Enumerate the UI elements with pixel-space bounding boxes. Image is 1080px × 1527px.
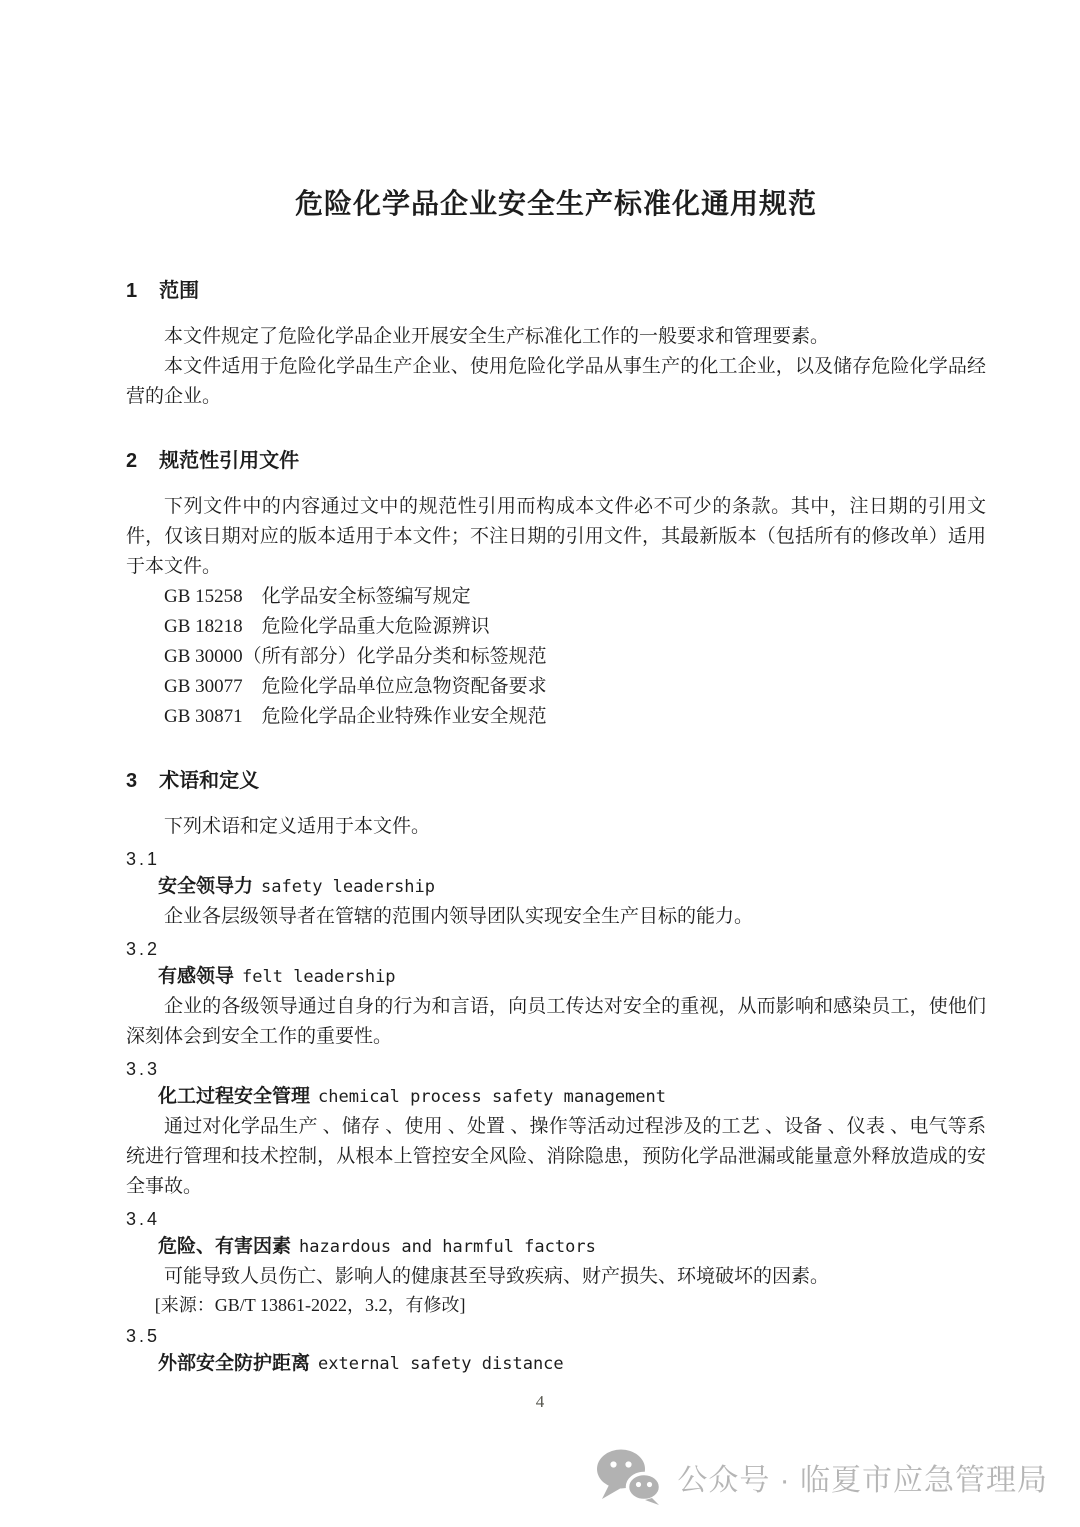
- watermark: 公众号 · 临夏市应急管理局: [595, 1448, 1048, 1505]
- term-en: felt leadership: [242, 967, 396, 987]
- clause-number: 3.4: [126, 1206, 986, 1232]
- term-definition: 可能导致人员伤亡、影响人的健康甚至导致疾病、财产损失、环境破坏的因素。: [126, 1262, 986, 1292]
- section-number: 1: [126, 280, 137, 302]
- wechat-icon: [595, 1448, 663, 1505]
- section-heading: 3术语和定义: [126, 768, 986, 794]
- term-block: 3.3 化工过程安全管理chemical process safety mana…: [126, 1056, 986, 1202]
- section-heading: 2规范性引用文件: [126, 448, 986, 474]
- section-terms-definitions: 3术语和定义 下列术语和定义适用于本文件。 3.1 安全领导力safety le…: [126, 768, 986, 1378]
- term-zh: 化工过程安全管理: [158, 1086, 310, 1107]
- section-heading: 1范围: [126, 278, 986, 304]
- paragraph: 下列文件中的内容通过文中的规范性引用而构成本文件必不可少的条款。其中，注日期的引…: [126, 492, 986, 582]
- section-number: 2: [126, 450, 137, 472]
- term-en: chemical process safety management: [318, 1087, 666, 1107]
- term-zh: 危险、有害因素: [158, 1236, 291, 1257]
- term-heading: 有感领导felt leadership: [126, 963, 986, 991]
- source-note: [来源：GB/T 13861-2022，3.2，有修改]: [126, 1292, 986, 1319]
- reference-item: GB 30000（所有部分）化学品分类和标签规范: [126, 642, 986, 672]
- reference-list: GB 15258 化学品安全标签编写规定 GB 18218 危险化学品重大危险源…: [126, 582, 986, 732]
- term-definition: 企业的各级领导通过自身的行为和言语，向员工传达对安全的重视，从而影响和感染员工，…: [126, 992, 986, 1052]
- clause-number: 3.1: [126, 846, 986, 872]
- section-heading-label: 规范性引用文件: [159, 450, 299, 472]
- reference-item: GB 30871 危险化学品企业特殊作业安全规范: [126, 702, 986, 732]
- term-definition: 企业各层级领导者在管辖的范围内领导团队实现安全生产目标的能力。: [126, 902, 986, 932]
- term-en: external safety distance: [318, 1354, 564, 1374]
- term-definition: 通过对化学品生产 、储存 、使用 、处置 、操作等活动过程涉及的工艺 、设备 、…: [126, 1112, 986, 1202]
- term-zh: 外部安全防护距离: [158, 1353, 310, 1374]
- term-heading: 外部安全防护距离external safety distance: [126, 1350, 986, 1378]
- paragraph: 本文件规定了危险化学品企业开展安全生产标准化工作的一般要求和管理要素。: [126, 322, 986, 352]
- paragraph: 本文件适用于危险化学品生产企业、使用危险化学品从事生产的化工企业，以及储存危险化…: [126, 352, 986, 412]
- section-heading-label: 术语和定义: [159, 770, 259, 792]
- section-number: 3: [126, 770, 137, 792]
- section-normative-references: 2规范性引用文件 下列文件中的内容通过文中的规范性引用而构成本文件必不可少的条款…: [126, 448, 986, 732]
- watermark-label: 公众号 · 临夏市应急管理局: [677, 1455, 1048, 1499]
- term-heading: 化工过程安全管理chemical process safety manageme…: [126, 1083, 986, 1111]
- page-title: 危险化学品企业安全生产标准化通用规范: [126, 186, 986, 222]
- reference-item: GB 30077 危险化学品单位应急物资配备要求: [126, 672, 986, 702]
- term-zh: 有感领导: [158, 966, 234, 987]
- term-block: 3.1 安全领导力safety leadership 企业各层级领导者在管辖的范…: [126, 846, 986, 932]
- term-block: 3.4 危险、有害因素hazardous and harmful factors…: [126, 1206, 986, 1319]
- term-heading: 安全领导力safety leadership: [126, 873, 986, 901]
- term-heading: 危险、有害因素hazardous and harmful factors: [126, 1233, 986, 1261]
- clause-number: 3.2: [126, 936, 986, 962]
- term-zh: 安全领导力: [158, 876, 253, 897]
- clause-number: 3.5: [126, 1323, 986, 1349]
- term-en: hazardous and harmful factors: [299, 1237, 596, 1257]
- page-number: 4: [0, 1392, 1080, 1412]
- section-scope: 1范围 本文件规定了危险化学品企业开展安全生产标准化工作的一般要求和管理要素。 …: [126, 278, 986, 412]
- document-body: 危险化学品企业安全生产标准化通用规范 1范围 本文件规定了危险化学品企业开展安全…: [0, 0, 1080, 1378]
- reference-item: GB 18218 危险化学品重大危险源辨识: [126, 612, 986, 642]
- reference-item: GB 15258 化学品安全标签编写规定: [126, 582, 986, 612]
- document-page: { "document": { "title": "危险化学品企业安全生产标准化…: [0, 0, 1080, 1527]
- clause-number: 3.3: [126, 1056, 986, 1082]
- term-block: 3.5 外部安全防护距离external safety distance: [126, 1323, 986, 1378]
- paragraph: 下列术语和定义适用于本文件。: [126, 812, 986, 842]
- section-heading-label: 范围: [159, 280, 199, 302]
- term-block: 3.2 有感领导felt leadership 企业的各级领导通过自身的行为和言…: [126, 936, 986, 1052]
- term-en: safety leadership: [261, 877, 435, 897]
